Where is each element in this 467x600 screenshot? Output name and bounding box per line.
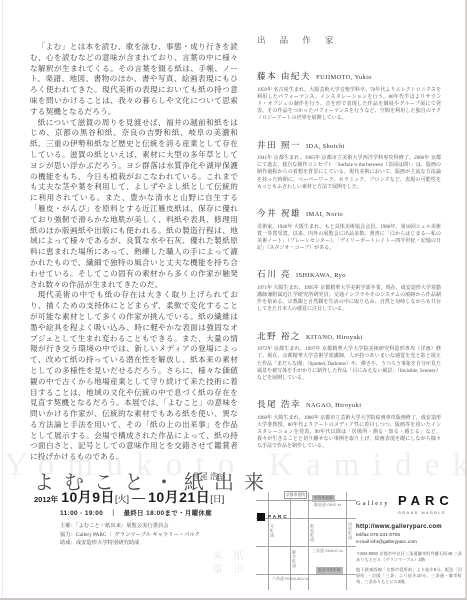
artist-entry: 藤本 由紀夫FUJIMOTO, Yukio 1950年 名古屋生まれ、大阪芸術大… (257, 66, 441, 123)
artist-bio: 1971年 大阪生まれ。1995年 京都精華大学美術学部卒業。現在、成安造形大学… (257, 285, 441, 314)
date-end-dow: [日] (210, 494, 224, 504)
credit-grant: 助成：成安造形大学特別研究助成 (60, 539, 200, 548)
gallery-logo-subtitle: GRAND MARBLE (398, 511, 462, 515)
map-label-fuyacho-st: 麩屋町通 (309, 524, 315, 542)
artist-name-romanized: FUJIMOTO, Yukio (316, 74, 372, 81)
gallery-url: http://www.galleryparc.com (356, 524, 462, 530)
access-map: 京都市役所 市役所前駅 阪急河原町駅 PARC 御池通 OIKE st. 三条通… (256, 492, 356, 590)
artist-bio: 1941年 京都生まれ。1965年 京都市立美術大学西洋学科専攻科修了。2006… (257, 155, 441, 191)
artist-name: 石川 亮ISHIKAWA, Ryo (257, 264, 441, 282)
gallery-address: 〒604-8082 京都市中京区三条通御幸町弁慶石町48 三条ありもとビル（グラ… (356, 551, 462, 563)
artist-name-romanized: KITANO, Hiroyuki (306, 334, 363, 341)
credit-cooperation: 協力：Gallery PARC ｜ グランマーブル ギャラリー・パルク (60, 531, 200, 540)
artist-name: 藤本 由紀夫FUJIMOTO, Yukio (257, 66, 441, 84)
map-label-teramachi-st: 寺町通 (269, 524, 275, 538)
essay-paragraph: 現代美術の中でも紙の存在は大きく取り上げられており、描くための支持体にとどまらず… (30, 290, 238, 463)
map-label-sanjo-st: 三条通 SANJO st. (312, 548, 344, 554)
map-label-gokomachi-st: 御幸町通 (291, 550, 297, 568)
page-left-edge (2, 0, 3, 600)
artist-entry: 北野 裕之KITANO, Hiroyuki 1972年 京都生まれ。1997年 … (257, 326, 441, 383)
essay-paragraph: 「よむ」とは本を読む、歌を詠む、事態・成り行きを読む、心を読むなどの意味が含まれ… (30, 42, 238, 118)
map-label-rokkaku-st: 六角通 ROKKAKU st. (272, 576, 310, 582)
faint-vertical-marks: 来事 紙出 (208, 550, 244, 578)
artist-name: 井田 照一IDA, Shoichi (257, 135, 441, 153)
map-gallery-marker (257, 513, 265, 521)
exhibition-dates: 2012年10月9日[火]―10月21日[日] (34, 487, 224, 507)
artist-name-romanized: ISHIKAWA, Ryo (296, 272, 346, 279)
gallery-telephone: tel/fax 075-231-0706 (356, 533, 462, 538)
gallery-info: Gallery PARC GRAND MARBLE http://www.gal… (356, 492, 462, 585)
map-street-line-kawaramachi (346, 492, 347, 590)
gallery-logo-prefix: Gallery (356, 500, 390, 507)
artist-name: 長尾 浩幸NAGAO, Hiroyuki (257, 394, 441, 412)
gallery-logo-name: PARC (398, 493, 454, 508)
artist-name-romanized: IDA, Shoichi (306, 143, 345, 150)
date-year: 2012年 (34, 495, 58, 504)
artist-name: 北野 裕之KITANO, Hiroyuki (257, 326, 441, 344)
artist-entry: 今井 祝雄IMAI, Norio 美術家。1946年 大阪生まれ。もと具体美術協… (257, 203, 441, 252)
flyer-page: 「よむ」とは本を読む、歌を詠む、事態・成り行きを読む、心を読むなどの意味が含まれ… (0, 0, 467, 600)
map-label-oike-st: 御池通 OIKE st. (314, 502, 342, 508)
opening-hours: 11:00 - 19:00 ｜ 最終日 18:00まで・月曜休廊 (60, 508, 212, 517)
gallery-email: e-mail info@galleryparc.com (356, 540, 462, 545)
gallery-logo: Gallery PARC (356, 492, 462, 510)
faint-vertical-text: 紙出 (229, 550, 244, 578)
artist-name: 今井 祝雄IMAI, Norio (257, 203, 441, 221)
artist-bio: 美術家。1946年 大阪生まれ。もと具体美術協会会員。1966年、第10回シェル… (257, 224, 441, 253)
map-landmark-hankyu-station: 阪急河原町駅 (316, 567, 343, 574)
artist-bio: 1950年 名古屋生まれ、大阪芸術大学音楽学科卒。70年代よりエレクトロニクスを… (257, 87, 441, 123)
gallery-access-directions: 地下鉄東西線「京都市役所前」より徒歩5分。阪急「河原町」・京阪「三条」より徒歩1… (356, 567, 462, 585)
date-end: 10月21日 (148, 489, 210, 505)
essay-paragraph: 紙について滋賀の周りを見渡せば、福井の越前和紙をはじめ、京都の黒谷和紙、奈良の吉… (30, 118, 238, 291)
date-start-dow: [火] (115, 494, 129, 504)
artist-name-romanized: IMAI, Norio (306, 211, 343, 218)
essay-column: 「よむ」とは本を読む、歌を詠む、事態・成り行きを読む、心を読むなどの意味が含まれ… (30, 42, 238, 483)
artist-bio: 1960年 大阪生まれ。1986年 京都市立芸術大学大学院絵画専攻版画修了。成安… (257, 415, 441, 451)
credits-block: 主催：「よむこと・紙出来」展覧会実行委員会 協力：Gallery PARC ｜ … (60, 522, 200, 548)
date-start: 10月9日 (61, 489, 115, 505)
artist-entry: 井田 照一IDA, Shoichi 1941年 京都生まれ。1965年 京都市立… (257, 135, 441, 192)
faint-vertical-text: 来事 (208, 550, 223, 578)
artist-entry: 長尾 浩幸NAGAO, Hiroyuki 1960年 大阪生まれ。1986年 京… (257, 394, 441, 451)
map-gallery-marker-label: PARC (268, 514, 289, 519)
map-label-kawaramachi-st: 河原町通 (347, 522, 353, 540)
artist-entry: 石川 亮ISHIKAWA, Ryo 1971年 大阪生まれ。1995年 京都精華… (257, 264, 441, 313)
map-street-line-teramachi (268, 492, 269, 590)
artist-bio: 1972年 京都生まれ。1997年 京都精華大学大学院美術研究科造形専攻（洋画）… (257, 346, 441, 382)
artist-name-romanized: NAGAO, Hiroyuki (306, 402, 361, 409)
map-landmark-city-hall: 京都市役所 (284, 491, 307, 499)
artists-column: 出 品 作 家 藤本 由紀夫FUJIMOTO, Yukio 1950年 名古屋生… (257, 34, 441, 463)
credit-organizer: 主催：「よむこと・紙出来」展覧会実行委員会 (60, 522, 200, 531)
artists-section-header: 出 品 作 家 (257, 34, 441, 46)
date-dash: ― (132, 490, 145, 505)
